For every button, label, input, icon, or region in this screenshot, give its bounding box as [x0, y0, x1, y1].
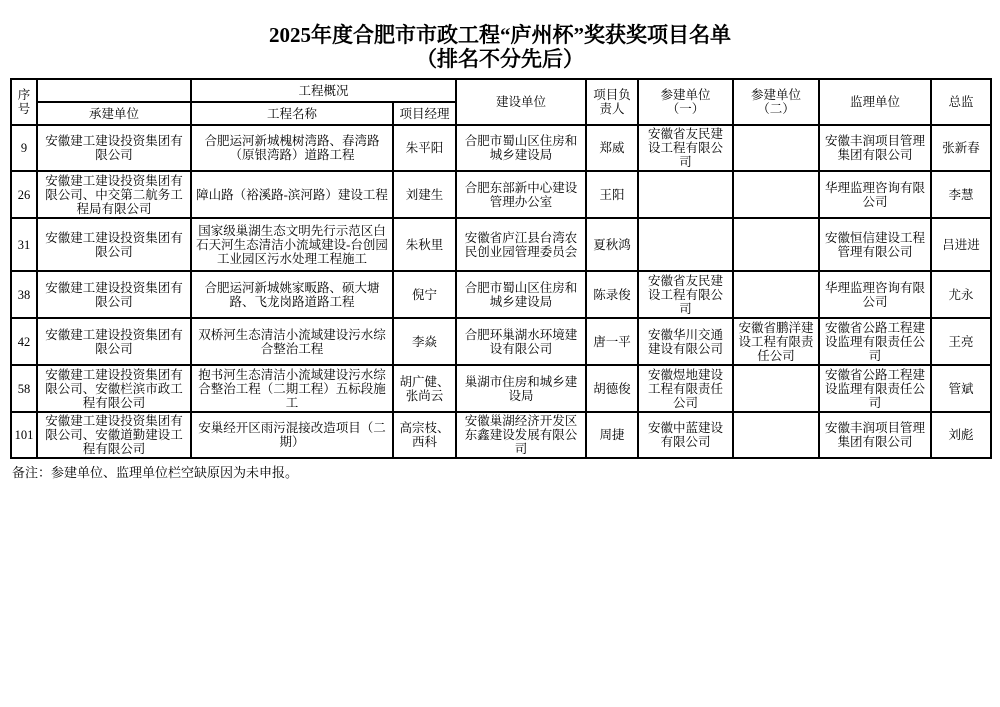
cell-participant-1: 安徽中蓝建设有限公司	[638, 412, 733, 458]
cell-builder: 合肥市蜀山区住房和城乡建设局	[456, 271, 586, 318]
table-row: 58 安徽建工建设投资集团有限公司、安徽栏滨市政工程有限公司 抱书河生态清洁小流…	[11, 365, 991, 412]
cell-contractor: 安徽建工建设投资集团有限公司	[37, 318, 191, 365]
cell-seq: 26	[11, 171, 37, 218]
header-chief: 总监	[931, 79, 991, 125]
cell-chief: 尤永	[931, 271, 991, 318]
cell-leader: 夏秋鸿	[586, 218, 638, 271]
cell-project-name: 合肥运河新城槐树湾路、春湾路（原银湾路）道路工程	[191, 125, 393, 171]
cell-contractor: 安徽建工建设投资集团有限公司	[37, 271, 191, 318]
header-builder: 建设单位	[456, 79, 586, 125]
cell-participant-2	[733, 171, 819, 218]
cell-seq: 101	[11, 412, 37, 458]
header-empty	[37, 79, 191, 102]
cell-project-name: 障山路（裕溪路-滨河路）建设工程	[191, 171, 393, 218]
cell-builder: 巢湖市住房和城乡建设局	[456, 365, 586, 412]
header-overview: 工程概况	[191, 79, 456, 102]
cell-contractor: 安徽建工建设投资集团有限公司、安徽栏滨市政工程有限公司	[37, 365, 191, 412]
header-project-name: 工程名称	[191, 102, 393, 125]
cell-participant-1	[638, 171, 733, 218]
cell-builder: 安徽省庐江县台湾农民创业园管理委员会	[456, 218, 586, 271]
cell-project-manager: 胡广健、张尚云	[393, 365, 456, 412]
cell-chief: 王亮	[931, 318, 991, 365]
cell-seq: 42	[11, 318, 37, 365]
document-subtitle: （排名不分先后）	[0, 47, 1000, 71]
cell-builder: 安徽巢湖经济开发区东鑫建设发展有限公司	[456, 412, 586, 458]
cell-participant-1: 安徽华川交通建设有限公司	[638, 318, 733, 365]
cell-participant-2	[733, 365, 819, 412]
cell-contractor: 安徽建工建设投资集团有限公司	[37, 125, 191, 171]
header-row-1: 序 号 工程概况 建设单位 项目负 责人 参建单位 （一） 参建单位 （二） 监…	[11, 79, 991, 102]
cell-participant-2	[733, 271, 819, 318]
cell-project-name: 合肥运河新城姚家畈路、硕大塘路、飞龙岗路道路工程	[191, 271, 393, 318]
cell-seq: 38	[11, 271, 37, 318]
cell-participant-2	[733, 125, 819, 171]
header-leader: 项目负 责人	[586, 79, 638, 125]
cell-project-name: 双桥河生态清洁小流域建设污水综合整治工程	[191, 318, 393, 365]
cell-builder: 合肥市蜀山区住房和城乡建设局	[456, 125, 586, 171]
cell-leader: 唐一平	[586, 318, 638, 365]
cell-chief: 张新春	[931, 125, 991, 171]
cell-seq: 9	[11, 125, 37, 171]
cell-supervisor: 安徽省公路工程建设监理有限责任公司	[819, 318, 931, 365]
cell-participant-2	[733, 412, 819, 458]
cell-seq: 58	[11, 365, 37, 412]
cell-supervisor: 安徽丰润项目管理集团有限公司	[819, 412, 931, 458]
cell-project-name: 抱书河生态清洁小流域建设污水综合整治工程（二期工程）五标段施工	[191, 365, 393, 412]
cell-project-manager: 刘建生	[393, 171, 456, 218]
header-supervisor: 监理单位	[819, 79, 931, 125]
header-participant-1: 参建单位 （一）	[638, 79, 733, 125]
cell-chief: 吕进进	[931, 218, 991, 271]
cell-project-manager: 朱秋里	[393, 218, 456, 271]
cell-project-manager: 朱平阳	[393, 125, 456, 171]
cell-supervisor: 安徽省公路工程建设监理有限责任公司	[819, 365, 931, 412]
cell-supervisor: 华理监理咨询有限公司	[819, 171, 931, 218]
cell-participant-2	[733, 218, 819, 271]
document-page: 2025年度合肥市市政工程“庐州杯”奖获奖项目名单 （排名不分先后） 序 号 工…	[0, 0, 1000, 481]
header-contractor: 承建单位	[37, 102, 191, 125]
header-participant-2: 参建单位 （二）	[733, 79, 819, 125]
cell-leader: 周捷	[586, 412, 638, 458]
cell-participant-1: 安徽省友民建设工程有限公司	[638, 271, 733, 318]
cell-leader: 郑威	[586, 125, 638, 171]
cell-chief: 管斌	[931, 365, 991, 412]
cell-leader: 王阳	[586, 171, 638, 218]
table-row: 26 安徽建工建设投资集团有限公司、中交第二航务工程局有限公司 障山路（裕溪路-…	[11, 171, 991, 218]
cell-contractor: 安徽建工建设投资集团有限公司、安徽道勤建设工程有限公司	[37, 412, 191, 458]
header-project-manager: 项目经理	[393, 102, 456, 125]
cell-contractor: 安徽建工建设投资集团有限公司	[37, 218, 191, 271]
cell-participant-1: 安徽省友民建设工程有限公司	[638, 125, 733, 171]
header-seq: 序 号	[11, 79, 37, 125]
cell-project-name: 国家级巢湖生态文明先行示范区白石天河生态清洁小流域建设-台创园工业园区污水处理工…	[191, 218, 393, 271]
footnote: 备注：参建单位、监理单位栏空缺原因为未申报。	[12, 465, 1000, 481]
cell-builder: 合肥东部新中心建设管理办公室	[456, 171, 586, 218]
cell-project-manager: 高宗枝、西科	[393, 412, 456, 458]
cell-supervisor: 安徽恒信建设工程管理有限公司	[819, 218, 931, 271]
cell-leader: 陈录俊	[586, 271, 638, 318]
cell-project-manager: 倪宁	[393, 271, 456, 318]
table-row: 101 安徽建工建设投资集团有限公司、安徽道勤建设工程有限公司 安巢经开区雨污混…	[11, 412, 991, 458]
cell-participant-2: 安徽省鹏洋建设工程有限责任公司	[733, 318, 819, 365]
cell-supervisor: 华理监理咨询有限公司	[819, 271, 931, 318]
cell-leader: 胡德俊	[586, 365, 638, 412]
cell-chief: 刘彪	[931, 412, 991, 458]
table-row: 38 安徽建工建设投资集团有限公司 合肥运河新城姚家畈路、硕大塘路、飞龙岗路道路…	[11, 271, 991, 318]
cell-project-name: 安巢经开区雨污混接改造项目（二期）	[191, 412, 393, 458]
cell-contractor: 安徽建工建设投资集团有限公司、中交第二航务工程局有限公司	[37, 171, 191, 218]
table-row: 9 安徽建工建设投资集团有限公司 合肥运河新城槐树湾路、春湾路（原银湾路）道路工…	[11, 125, 991, 171]
cell-chief: 李慧	[931, 171, 991, 218]
table-row: 31 安徽建工建设投资集团有限公司 国家级巢湖生态文明先行示范区白石天河生态清洁…	[11, 218, 991, 271]
cell-builder: 合肥环巢湖水环境建设有限公司	[456, 318, 586, 365]
document-title: 2025年度合肥市市政工程“庐州杯”奖获奖项目名单	[0, 0, 1000, 47]
cell-participant-1	[638, 218, 733, 271]
awards-table: 序 号 工程概况 建设单位 项目负 责人 参建单位 （一） 参建单位 （二） 监…	[10, 78, 992, 459]
table-row: 42 安徽建工建设投资集团有限公司 双桥河生态清洁小流域建设污水综合整治工程 李…	[11, 318, 991, 365]
cell-seq: 31	[11, 218, 37, 271]
cell-participant-1: 安徽煜地建设工程有限责任公司	[638, 365, 733, 412]
cell-project-manager: 李焱	[393, 318, 456, 365]
cell-supervisor: 安徽丰润项目管理集团有限公司	[819, 125, 931, 171]
